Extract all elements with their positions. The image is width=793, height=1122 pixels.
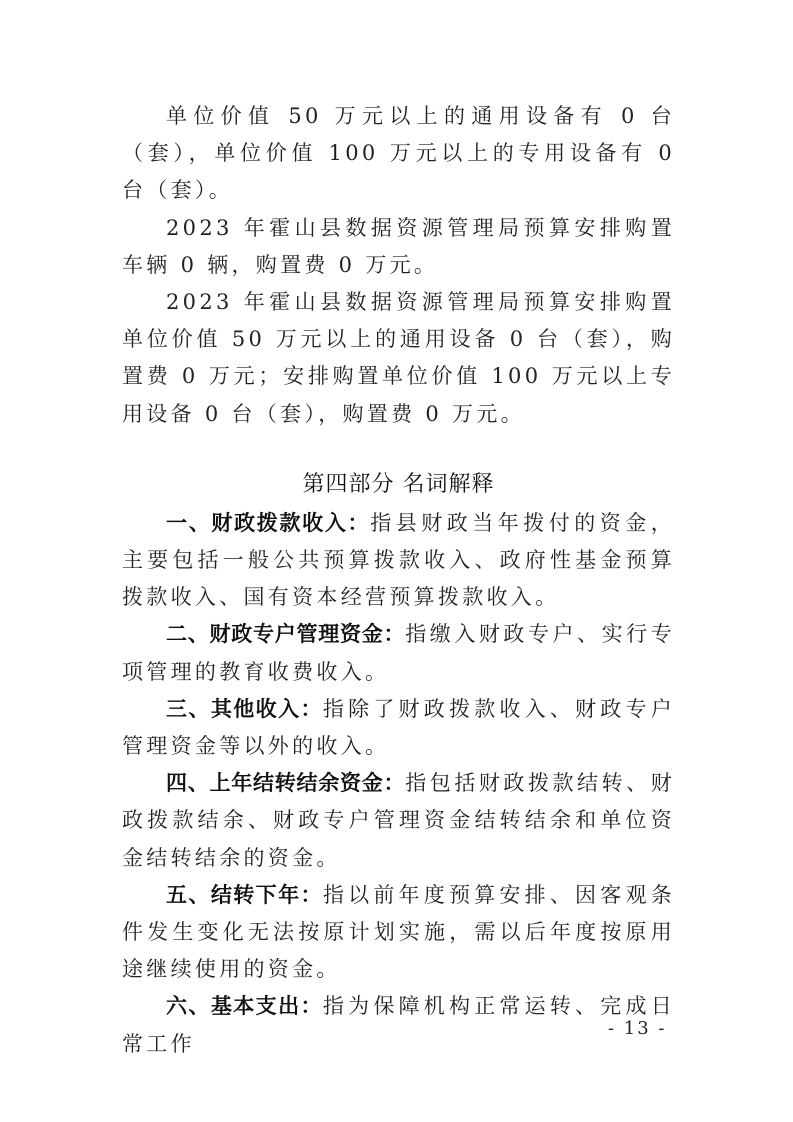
- definition-term: 五、结转下年：: [166, 883, 323, 907]
- definition-term: 六、基本支出：: [166, 994, 323, 1018]
- definition-item: 五、结转下年：指以前年度预算安排、因客观条件发生变化无法按原计划实施，需以后年度…: [122, 877, 675, 989]
- definition-term: 二、财政专户管理资金：: [166, 622, 405, 646]
- definition-term: 三、其他收入：: [166, 697, 323, 721]
- definition-term: 四、上年结转结余资金：: [166, 771, 405, 795]
- section-title: 第四部分 名词解释: [122, 465, 675, 505]
- definition-item: 一、财政拨款收入：指县财政当年拨付的资金，主要包括一般公共预算拨款收入、政府性基…: [122, 505, 675, 617]
- page-number: - 13 -: [608, 1018, 667, 1039]
- paragraph-vehicle-purchase: 2023 年霍山县数据资源管理局预算安排购置车辆 0 辆，购置费 0 万元。: [122, 210, 675, 284]
- paragraph-equipment-purchase: 2023 年霍山县数据资源管理局预算安排购置单位价值 50 万元以上的通用设备 …: [122, 284, 675, 433]
- definition-term: 一、财政拨款收入：: [166, 511, 370, 535]
- definition-item: 二、财政专户管理资金：指缴入财政专户、实行专项管理的教育收费收入。: [122, 616, 675, 690]
- paragraph-equipment-count: 单位价值 50 万元以上的通用设备有 0 台（套），单位价值 100 万元以上的…: [122, 98, 675, 210]
- definition-item: 三、其他收入：指除了财政拨款收入、财政专户管理资金等以外的收入。: [122, 691, 675, 765]
- definition-item: 四、上年结转结余资金：指包括财政拨款结转、财政拨款结余、财政专户管理资金结转结余…: [122, 765, 675, 877]
- definition-item: 六、基本支出：指为保障机构正常运转、完成日常工作: [122, 988, 675, 1062]
- document-page: 单位价值 50 万元以上的通用设备有 0 台（套），单位价值 100 万元以上的…: [122, 98, 675, 1063]
